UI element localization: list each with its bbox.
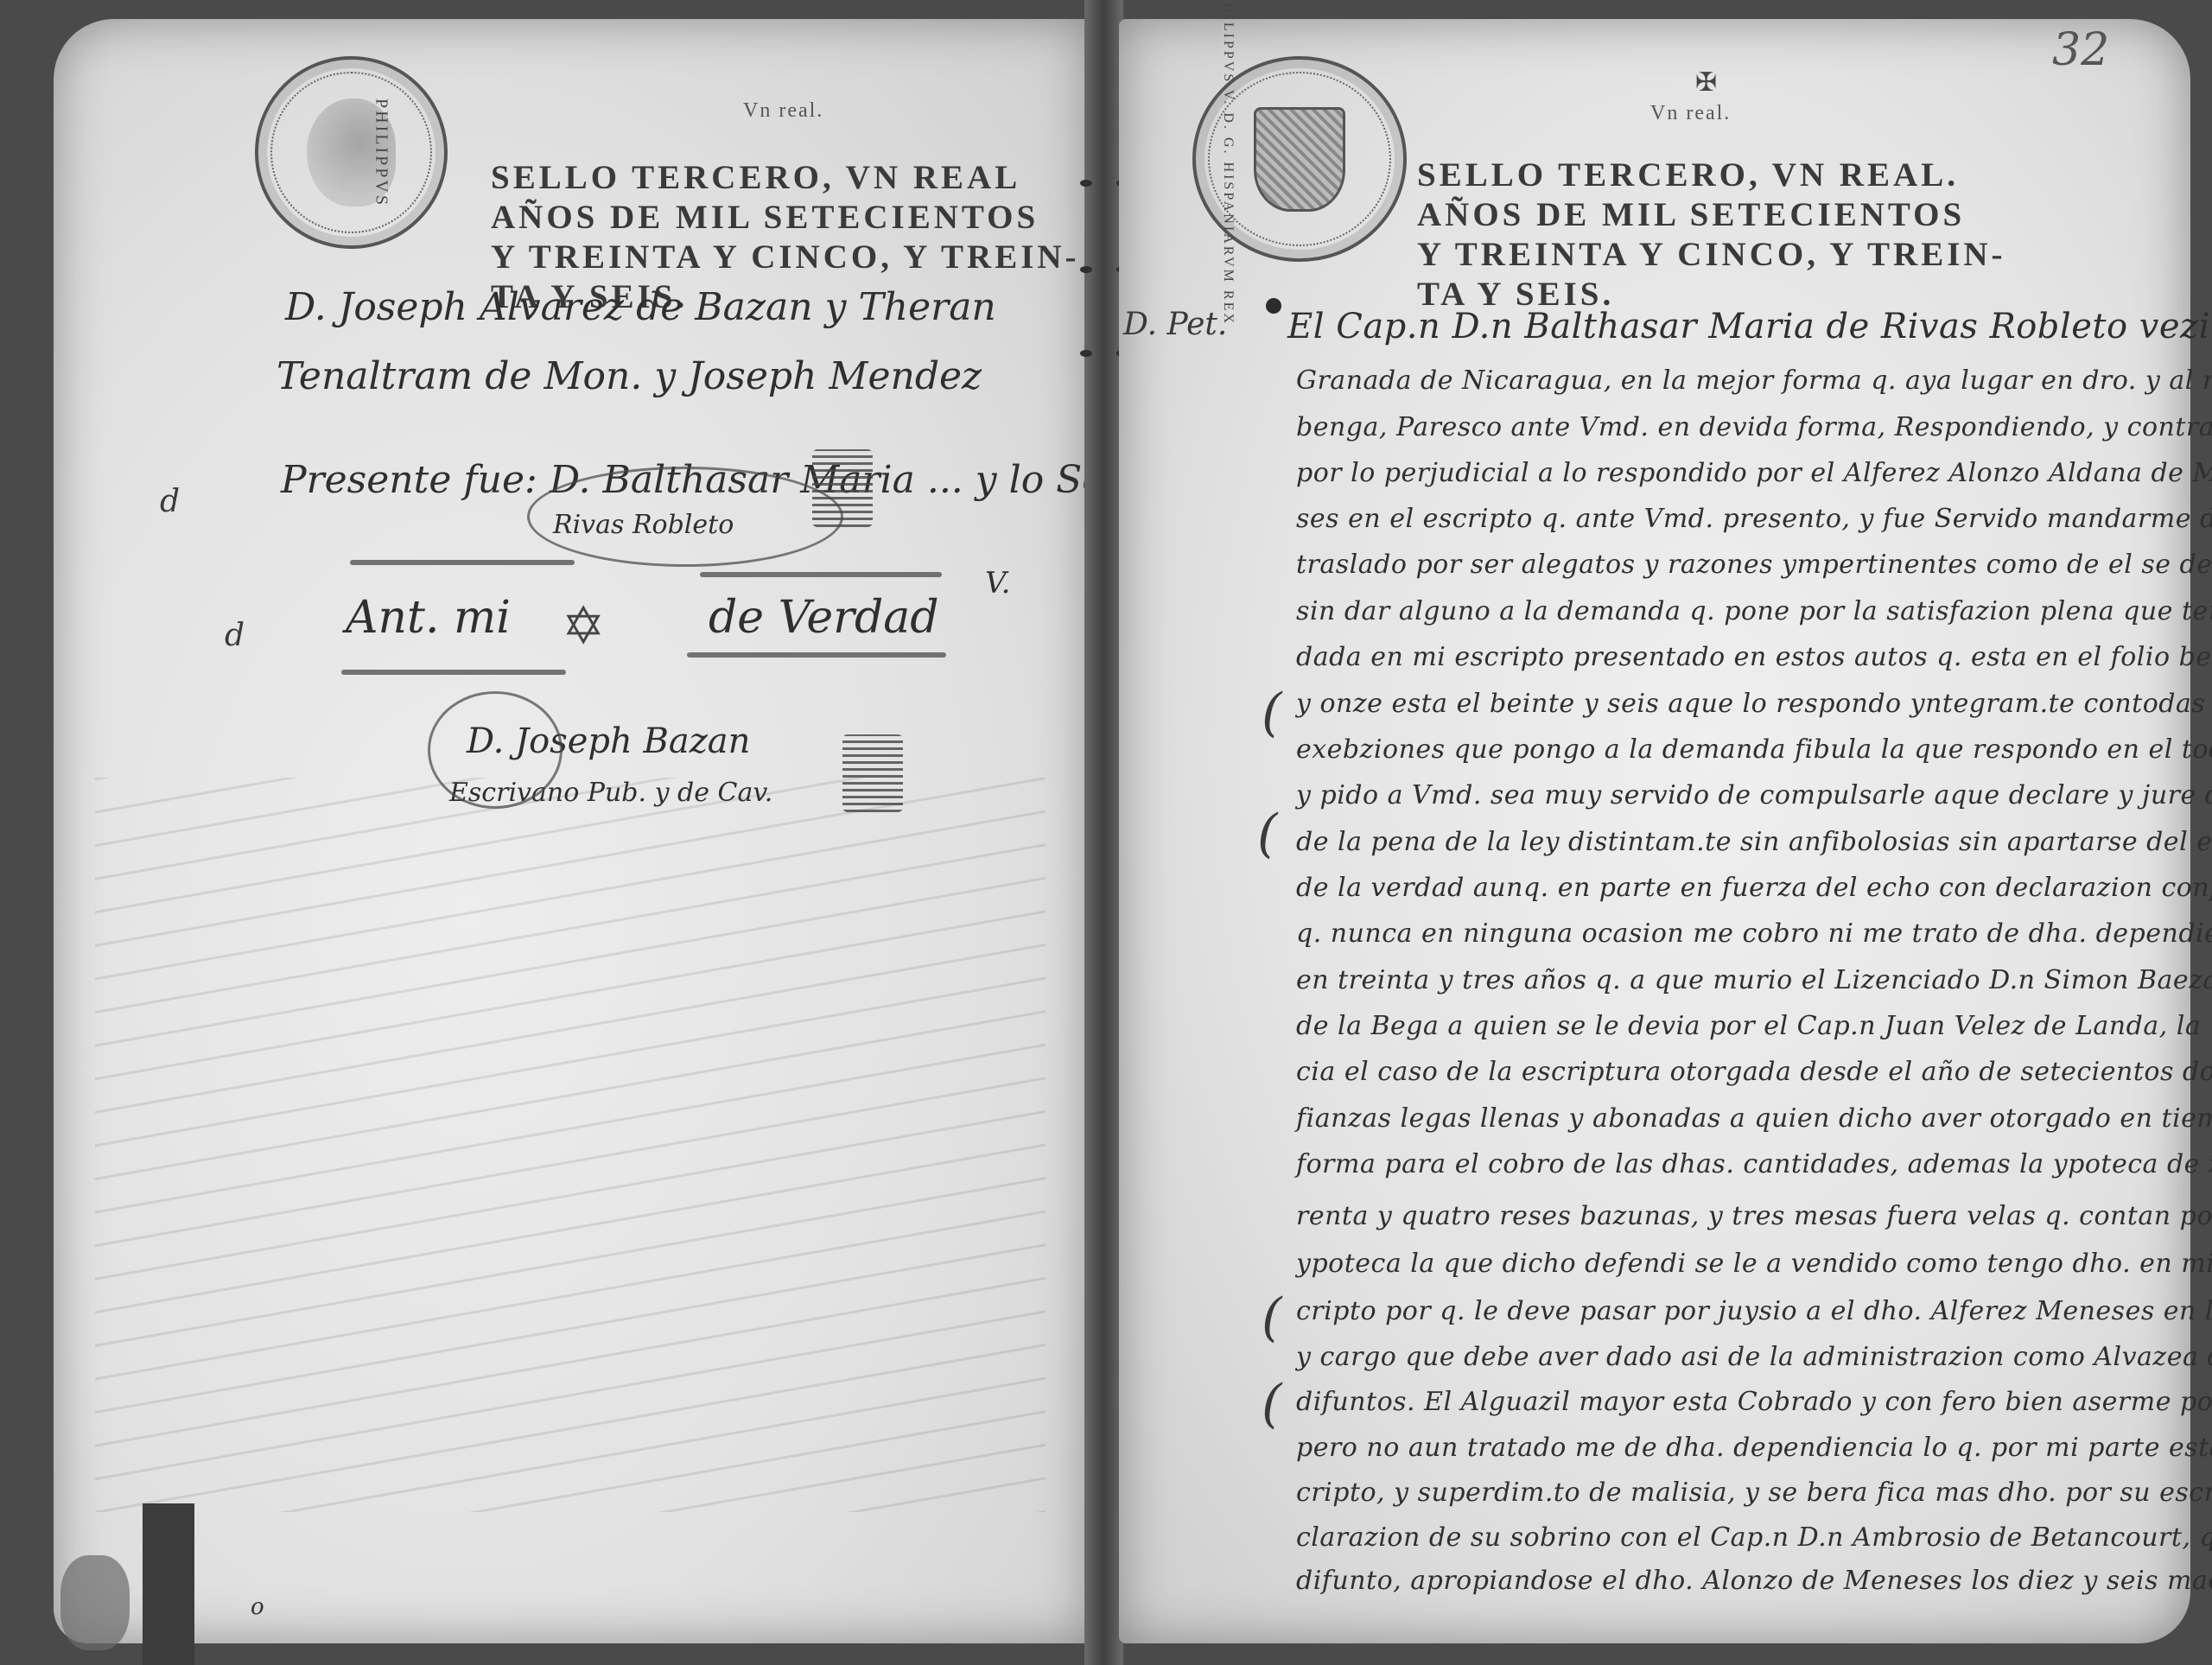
star-rubric-icon: ✡ [562, 596, 605, 657]
underline-rule [687, 652, 946, 658]
left-stamp-seal: PHILIPPVS [255, 56, 448, 249]
body-line: en treinta y tres años q. a que murio el… [1296, 965, 2212, 995]
body-line: de la pena de la ley distintam.te sin an… [1296, 827, 2212, 857]
faded-bleedthrough-text [95, 778, 1046, 1512]
body-line: cripto, y superdim.to de malisia, y se b… [1296, 1478, 2212, 1508]
stamp-header-line: SELLO TERCERO, VN REAL. [1417, 156, 2006, 195]
body-line: ses en el escripto q. ante Vmd. presento… [1296, 504, 2212, 534]
signature-flourish [527, 467, 843, 567]
body-line: y cargo que debe aver dado asi de la adm… [1296, 1342, 2212, 1372]
body-line: q. nunca en ninguna ocasion me cobro ni … [1296, 918, 2212, 949]
stamp-header-line: Y TREINTA Y CINCO, Y TREIN- [491, 238, 1080, 277]
body-line: sin dar alguno a la demanda q. pone por … [1296, 596, 2212, 626]
underline-rule [700, 572, 942, 577]
stamp-header-line: SELLO TERCERO, VN REAL [491, 158, 1080, 198]
bottom-ink-mark: o [251, 1594, 264, 1620]
body-line: exebziones que pongo a la demanda fibula… [1296, 734, 2212, 765]
left-small-print: Vn real. [743, 99, 823, 123]
handwritten-line: D. Joseph Alvarez de Bazan y Theran [285, 285, 996, 329]
ink-dot [1266, 298, 1281, 314]
margin-note: D. Pet. [1123, 307, 1227, 342]
body-line: cripto por q. le deve pasar por juysio a… [1296, 1296, 2212, 1326]
signature-flourish [428, 691, 563, 809]
right-small-print: Vn real. [1650, 102, 1731, 125]
body-line: forma para el cobro de las dhas. cantida… [1296, 1149, 2212, 1179]
body-line: benga, Paresco ante Vmd. en devida forma… [1296, 412, 2212, 442]
underline-rule [350, 560, 575, 565]
folio-number: 32 [2052, 24, 2109, 76]
body-line: difuntos. El Alguazil mayor esta Cobrado… [1296, 1387, 2212, 1417]
stamp-header-line: AÑOS DE MIL SETECIENTOS [1417, 195, 2006, 235]
right-stamp-seal: PHILIPPVS V. D. G. HISPANIARVM REX [1192, 56, 1407, 262]
rubric-text-right: de Verdad [709, 592, 939, 644]
book-gutter [1084, 0, 1123, 1665]
margin-mark: d [160, 484, 180, 519]
seal-legend: PHILIPPVS V. D. G. HISPANIARVM REX [1220, 0, 1236, 326]
body-line: dada en mi escripto presentado en estos … [1296, 642, 2212, 672]
body-line: El Cap.n D.n Balthasar Maria de Rivas Ro… [1287, 307, 2212, 346]
right-stamp-header: SELLO TERCERO, VN REAL. AÑOS DE MIL SETE… [1417, 156, 2006, 315]
body-line: por lo perjudicial a lo respondido por e… [1296, 458, 2212, 488]
rubric-margin-mark: V. [985, 566, 1010, 601]
body-line: Granada de Nicaragua, en la mejor forma … [1296, 365, 2212, 396]
body-line: renta y quatro reses bazunas, y tres mes… [1296, 1201, 2212, 1231]
underline-rule [341, 670, 566, 675]
page-clip [143, 1503, 194, 1665]
body-line: clarazion de su sobrino con el Cap.n D.n… [1296, 1522, 2212, 1553]
body-line: y onze esta el beinte y seis aque lo res… [1296, 689, 2212, 719]
body-line: traslado por ser alegatos y razones ympe… [1296, 550, 2212, 580]
body-line: pero no aun tratado me de dha. dependien… [1296, 1433, 2212, 1463]
notary-rubric-mark [842, 734, 903, 812]
margin-bracket: ( [1262, 1374, 1281, 1434]
body-line: ypoteca la que dicho defendi se le a ven… [1296, 1249, 2212, 1279]
body-line: de la verdad aunq. en parte en fuerza de… [1296, 873, 2212, 903]
handwritten-line: Tenaltram de Mon. y Joseph Mendez [276, 354, 982, 398]
margin-bracket: ( [1262, 1287, 1281, 1348]
thumb-shadow [60, 1555, 130, 1650]
body-line: cia el caso de la escriptura otorgada de… [1296, 1057, 2212, 1087]
margin-bracket: ( [1257, 804, 1277, 864]
margin-bracket: ( [1262, 683, 1281, 743]
manuscript-spread: PHILIPPVS Vn real. SELLO TERCERO, VN REA… [0, 0, 2212, 1665]
rubric-text-left: Ant. mi [346, 592, 511, 644]
stamp-header-line: Y TREINTA Y CINCO, Y TREIN- [1417, 235, 2006, 275]
body-line: fianzas legas llenas y abonadas a quien … [1296, 1103, 2212, 1134]
seal-legend: PHILIPPVS [372, 99, 391, 207]
body-line: y pido a Vmd. sea muy servido de compuls… [1296, 780, 2212, 810]
stamp-header-line: AÑOS DE MIL SETECIENTOS [491, 198, 1080, 238]
margin-mark: d [225, 618, 245, 653]
body-line: difunto, apropiandose el dho. Alonzo de … [1296, 1566, 2212, 1596]
body-line: de la Bega a quien se le devia por el Ca… [1296, 1011, 2212, 1041]
cross-icon: ✠ [1695, 67, 1717, 98]
